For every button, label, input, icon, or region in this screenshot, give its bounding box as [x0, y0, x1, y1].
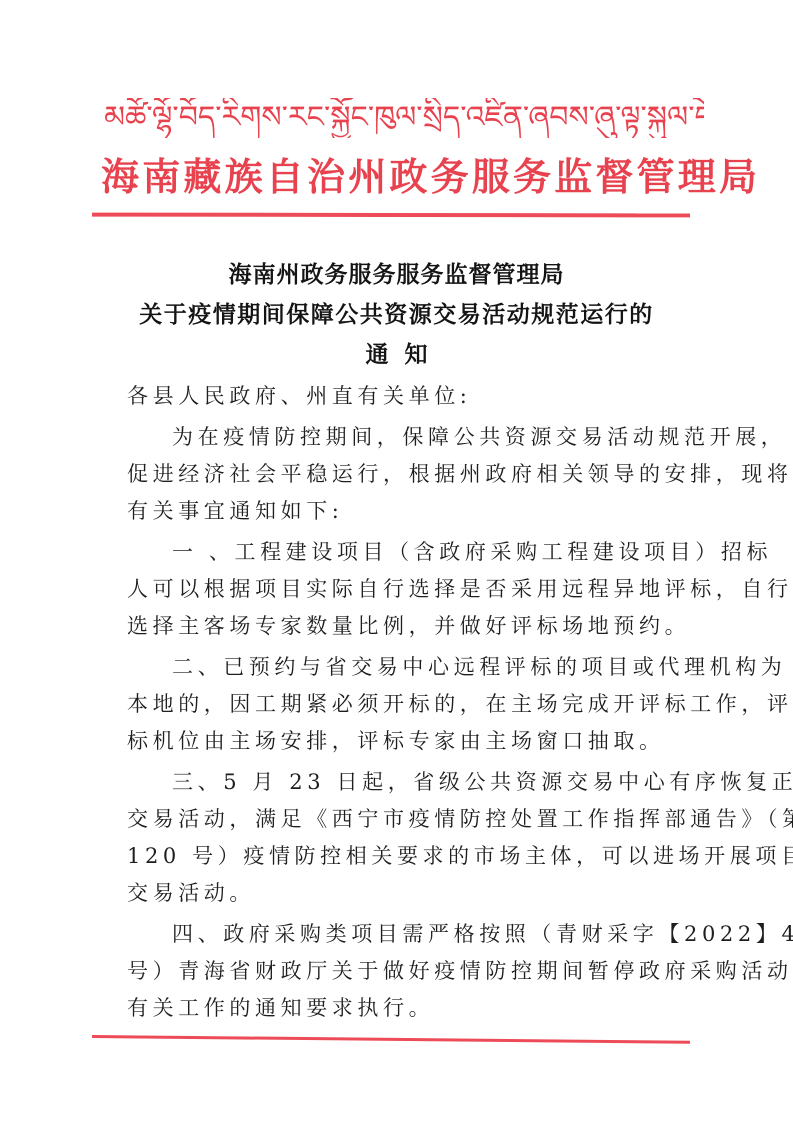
- footer-red-rule: [92, 1035, 690, 1044]
- letterhead-agency-name: 海南藏族自治州政务服务监督管理局: [101, 151, 691, 203]
- title-line-2: 关于疫情期间保障公共资源交易活动规范运行的: [0, 295, 793, 335]
- paragraph-line: 促进经济社会平稳运行，根据州政府相关领导的安排，现将: [127, 456, 687, 493]
- document-title: 海南州政务服务服务监督管理局 关于疫情期间保障公共资源交易活动规范运行的 通知: [0, 255, 793, 375]
- letterhead-red-rule: [92, 213, 690, 218]
- paragraph-line: 四、政府采购类项目需严格按照（青财采字【2022】483: [127, 916, 687, 953]
- paragraph-line: 三、5 月 23 日起，省级公共资源交易中心有序恢复正常: [127, 764, 687, 801]
- paragraph-intro: 为在疫情防控期间，保障公共资源交易活动规范开展， 促进经济社会平稳运行，根据州政…: [127, 419, 687, 530]
- title-line-3: 通知: [0, 335, 793, 375]
- paragraph-line: 本地的，因工期紧必须开标的，在主场完成开评标工作，评: [127, 686, 687, 723]
- paragraph-line: 标机位由主场安排，评标专家由主场窗口抽取。: [127, 723, 687, 760]
- title-line-1: 海南州政务服务服务监督管理局: [0, 255, 793, 295]
- paragraph-item-1: 一 、工程建设项目（含政府采购工程建设项目）招标 人可以根据项目实际自行选择是否…: [127, 534, 687, 645]
- paragraph-line: 二、已预约与省交易中心远程评标的项目或代理机构为: [127, 649, 687, 686]
- paragraph-item-4: 四、政府采购类项目需严格按照（青财采字【2022】483 号）青海省财政厅关于做…: [127, 916, 687, 1027]
- paragraph-line: 有关事宜通知如下:: [127, 493, 687, 530]
- paragraph-line: 交易活动，满足《西宁市疫情防控处置工作指挥部通告》（第: [127, 801, 687, 838]
- document-page: མཚོ་ལྷོ་བོད་རིགས་རང་སྐྱོང་ཁུལ་སྲིད་འཛིན་…: [0, 0, 793, 1122]
- letterhead-tibetan-name: མཚོ་ལྷོ་བོད་རིགས་རང་སྐྱོང་ཁུལ་སྲིད་འཛིན་…: [104, 98, 704, 138]
- paragraph-line: 选择主客场专家数量比例，并做好评标场地预约。: [127, 608, 687, 645]
- paragraph-line: 一 、工程建设项目（含政府采购工程建设项目）招标: [127, 534, 687, 571]
- document-body: 各县人民政府、州直有关单位: 为在疫情防控期间，保障公共资源交易活动规范开展， …: [127, 378, 687, 1031]
- paragraph-line: 有关工作的通知要求执行。: [127, 990, 687, 1027]
- paragraph-item-2: 二、已预约与省交易中心远程评标的项目或代理机构为 本地的，因工期紧必须开标的，在…: [127, 649, 687, 760]
- paragraph-line: 120 号）疫情防控相关要求的市场主体，可以进场开展项目: [127, 838, 687, 875]
- paragraph-line: 交易活动。: [127, 875, 687, 912]
- salutation: 各县人民政府、州直有关单位:: [127, 378, 687, 415]
- paragraph-line: 号）青海省财政厅关于做好疫情防控期间暂停政府采购活动: [127, 953, 687, 990]
- paragraph-item-3: 三、5 月 23 日起，省级公共资源交易中心有序恢复正常 交易活动，满足《西宁市…: [127, 764, 687, 912]
- paragraph-line: 人可以根据项目实际自行选择是否采用远程异地评标，自行: [127, 571, 687, 608]
- paragraph-line: 为在疫情防控期间，保障公共资源交易活动规范开展，: [127, 419, 687, 456]
